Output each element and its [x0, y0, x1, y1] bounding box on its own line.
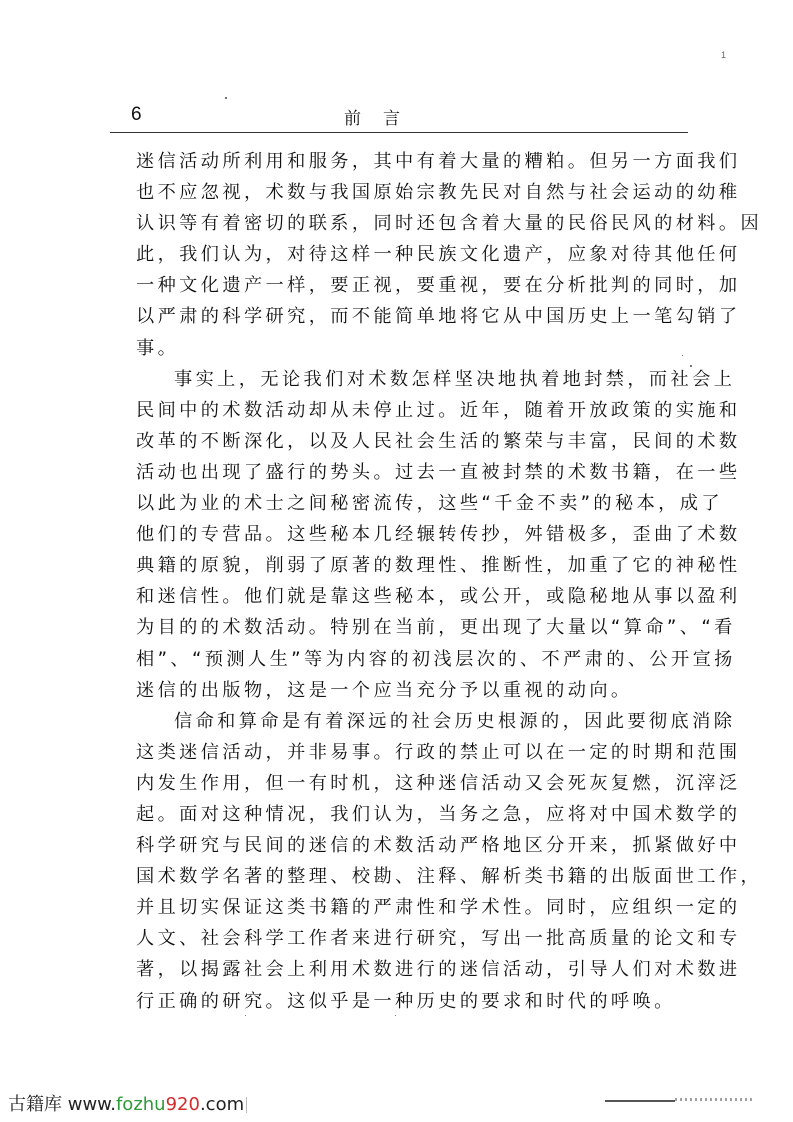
- header-rule: [110, 132, 688, 133]
- text-line: 也不应忽视，术数与我国原始宗教先民对自然与社会运动的幼稚: [136, 177, 688, 208]
- text-line: 著，以揭露社会上利用术数进行的迷信活动，引导人们对术数进: [136, 954, 688, 985]
- text-line: 行正确的研究。这似乎是一种历史的要求和时代的呼唤。: [136, 986, 688, 1017]
- scan-speck: [690, 365, 692, 367]
- url-green-part: fozhu: [116, 1094, 166, 1115]
- corner-mark: 1: [721, 50, 726, 60]
- text-line: 起。面对这种情况，我们认为，当务之急，应将对中国术数学的: [136, 799, 688, 830]
- scan-speck: [245, 1015, 246, 1016]
- url-red-part: 920: [166, 1094, 200, 1115]
- scan-speck: [225, 97, 227, 99]
- watermark-divider: [246, 1097, 247, 1113]
- text-line: 民间中的术数活动却从未停止过。近年，随着开放政策的实施和: [136, 395, 688, 426]
- text-line: 内发生作用，但一有时机，这种迷信活动又会死灰复燃，沉滓泛: [136, 768, 688, 799]
- text-line: 这类迷信活动，并非易事。行政的禁止可以在一定的时期和范围: [136, 737, 688, 768]
- text-line: 事实上，无论我们对术数怎样坚决地执着地封禁，而社会上: [136, 364, 688, 395]
- body-text: 迷信活动所利用和服务，其中有着大量的糟粕。但另一方面我们 也不应忽视，术数与我国…: [136, 146, 688, 1017]
- running-title: 前言: [344, 104, 422, 129]
- watermark-link[interactable]: 古籍库 www.fozhu920.com: [8, 1090, 247, 1116]
- scan-speck: [682, 355, 683, 356]
- url-suffix: .com: [200, 1094, 244, 1115]
- text-line: 为目的的术数活动。特别在当前，更出现了大量以“算命”、“看: [136, 612, 688, 643]
- text-line: 迷信的出版物，这是一个应当充分予以重视的动向。: [136, 675, 688, 706]
- footer-scan-noise: [675, 1098, 755, 1101]
- text-line: 他们的专营品。这些秘本几经辗转传抄，舛错极多，歪曲了术数: [136, 519, 688, 550]
- text-line: 人文、社会科学工作者来进行研究，写出一批高质量的论文和专: [136, 923, 688, 954]
- text-line: 相”、“预测人生”等为内容的初浅层次的、不严肃的、公开宣扬: [136, 644, 688, 675]
- text-line: 认识等有着密切的联系，同时还包含着大量的民俗民风的材料。因: [136, 208, 688, 239]
- footer-scan-line: [605, 1100, 675, 1102]
- text-line: 信命和算命是有着深远的社会历史根源的，因此要彻底消除: [136, 706, 688, 737]
- text-line: 典籍的原貌，削弱了原著的数理性、推断性，加重了它的神秘性: [136, 550, 688, 581]
- paragraph-3: 信命和算命是有着深远的社会历史根源的，因此要彻底消除 这类迷信活动，并非易事。行…: [136, 706, 688, 1017]
- text-line: 国术数学名著的整理、校勘、注释、解析类书籍的出版面世工作，: [136, 861, 688, 892]
- text-line: 并且切实保证这类书籍的严肃性和学术性。同时，应组织一定的: [136, 892, 688, 923]
- text-line: 一种文化遗产一样，要正视，要重视，要在分析批判的同时，加: [136, 270, 688, 301]
- watermark-site-name: 古籍库: [8, 1094, 62, 1115]
- paragraph-2: 事实上，无论我们对术数怎样坚决地执着地封禁，而社会上 民间中的术数活动却从未停止…: [136, 364, 688, 706]
- scan-speck: [395, 1015, 396, 1016]
- paragraph-1: 迷信活动所利用和服务，其中有着大量的糟粕。但另一方面我们 也不应忽视，术数与我国…: [136, 146, 688, 364]
- text-line: 以此为业的术士之间秘密流传，这些“千金不卖”的秘本，成了: [136, 488, 688, 519]
- text-line: 活动也出现了盛行的势头。过去一直被封禁的术数书籍，在一些: [136, 457, 688, 488]
- text-line: 科学研究与民间的迷信的术数活动严格地区分开来，抓紧做好中: [136, 830, 688, 861]
- watermark-url: www.fozhu920.com: [68, 1094, 244, 1115]
- url-prefix: www.: [68, 1094, 116, 1115]
- text-line: 此，我们认为，对待这样一种民族文化遗产，应象对待其他任何: [136, 239, 688, 270]
- text-line: 事。: [136, 333, 688, 364]
- text-line: 以严肃的科学研究，而不能简单地将它从中国历史上一笔勾销了: [136, 301, 688, 332]
- text-line: 改革的不断深化，以及人民社会生活的繁荣与丰富，民间的术数: [136, 426, 688, 457]
- page-number: 6: [131, 104, 142, 126]
- text-line: 和迷信性。他们就是靠这些秘本，或公开，或隐秘地从事以盈利: [136, 581, 688, 612]
- text-line: 迷信活动所利用和服务，其中有着大量的糟粕。但另一方面我们: [136, 146, 688, 177]
